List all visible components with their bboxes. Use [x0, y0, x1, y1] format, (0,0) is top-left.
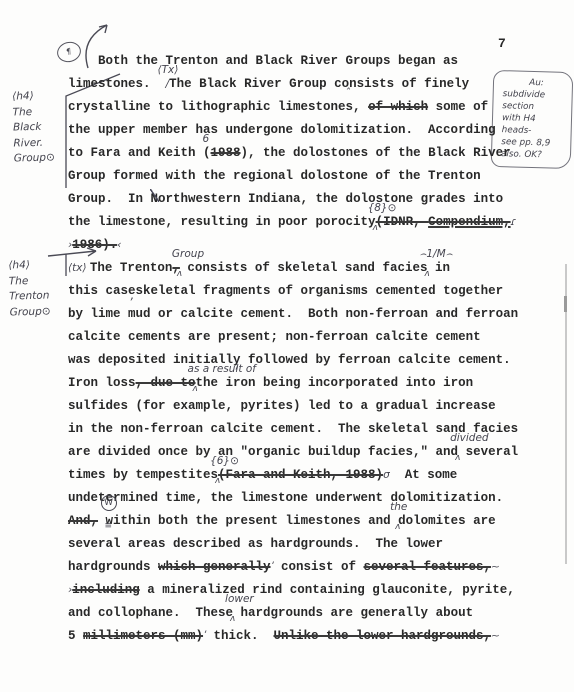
capitalize-underline-icon: ≡: [105, 522, 113, 530]
typed-text: At some: [390, 468, 458, 482]
scan-artifact: [564, 296, 567, 312]
handwritten-mark: ɾ: [511, 216, 517, 228]
typed-text: The Trenton: [90, 261, 173, 275]
caret-icon: ʌ: [424, 270, 429, 278]
typed-line: Group. In Northwestern Indiana, the dolo…: [68, 188, 556, 211]
struck-underlined-text: Compendium,: [428, 215, 511, 229]
typed-text: limestones.: [68, 77, 166, 91]
typed-line: ›1986).‹: [68, 234, 556, 257]
typed-line: are divided once by an "organic buildup …: [68, 441, 556, 464]
inserted-word: Group: [172, 249, 204, 259]
typed-text: thick.: [206, 629, 274, 643]
typed-text: Group. In: [68, 192, 151, 206]
inserted-comma: ,: [131, 290, 135, 301]
note-line: River.: [13, 135, 54, 152]
typed-line: calcite cements are present; non-ferroan…: [68, 326, 556, 349]
typed-text: to Fara and Keith (: [68, 146, 211, 160]
typed-text: ,: [353, 100, 368, 114]
page-number: 7: [498, 36, 506, 51]
typed-line: limestones. ⟨Tx⟩∕The Black River Group c…: [68, 73, 556, 96]
slashed-letter: N: [151, 188, 159, 211]
struck-text: Unlike the lower hardgrounds,: [274, 629, 492, 643]
inserted-word: 6: [203, 134, 210, 144]
inserted-word: {8}⊙: [368, 203, 397, 213]
typed-text: The Black River Group consists of finely: [169, 77, 469, 91]
caret-icon: ʌ: [455, 454, 460, 462]
manuscript-page: { "page": { "number": "7" }, "ink": { "t…: [0, 0, 574, 692]
typed-text: and collophane. These: [68, 606, 233, 620]
typed-text: several: [458, 445, 518, 459]
note-line: Group⊙: [9, 304, 50, 321]
h4-black-river-note: ⟨h4⟩TheBlackRiver.Group⊙: [12, 88, 55, 167]
caret-icon: ʌ: [395, 523, 400, 531]
typed-line: Iron loss, due toas a result ofʌthe iron…: [68, 372, 556, 395]
typed-text: the limestone, resulting in poor porocit…: [68, 215, 376, 229]
typed-line: by lime mud or calcite cement. Both non-…: [68, 303, 556, 326]
typed-text-block: Both the Trenton and Black River Groups …: [68, 50, 556, 648]
typed-text: calcite cements are present; non-ferroan…: [68, 330, 481, 344]
struck-text: 1986).: [72, 238, 117, 252]
handwritten-mark: ‹: [117, 239, 121, 251]
inserted-word: ˆ: [345, 88, 350, 98]
typed-line: and collophane. Theselowerʌ hardgrounds …: [68, 602, 556, 625]
typed-text: Iron loss: [68, 376, 136, 390]
note-line: Group⊙: [14, 150, 55, 167]
typed-line: this case,skeletal fragments of organism…: [68, 280, 556, 303]
caret-icon: ʌ: [373, 224, 378, 232]
struck-text: millimeters (mm): [83, 629, 203, 643]
note-line: The: [9, 273, 50, 290]
typed-line: times by tempestites{6}⊙ʌ(Fara and Keith…: [68, 464, 556, 487]
handwritten-mark: ∼: [491, 630, 500, 642]
note-line: ⟨h4⟩: [12, 88, 53, 105]
typed-line: undetermined time, the limestone underwe…: [68, 487, 556, 510]
typed-text: times by tempestites: [68, 468, 218, 482]
note-line: Trenton: [9, 288, 50, 305]
caret-icon: ʌ: [177, 270, 182, 278]
struck-text: 1988: [211, 146, 241, 160]
typed-text: consist of: [273, 560, 363, 574]
typed-line: the limestone, resulting in poor porocit…: [68, 211, 556, 234]
typed-line: hardgrounds which generallyʹ consist of …: [68, 556, 556, 579]
struck-text: , due to: [136, 376, 196, 390]
typed-text: several areas described as hardgrounds. …: [68, 537, 443, 551]
inserted-word: ⌢1/M⌢: [419, 249, 452, 259]
typed-text: Both the Trenton and Black River Groups …: [68, 54, 458, 68]
typed-text: crystalline to lithographic limestones: [68, 100, 353, 114]
typed-text: hardgrounds: [68, 560, 158, 574]
inserted-word: as a result of: [188, 364, 256, 374]
typed-text: dolomites are: [398, 514, 496, 528]
struck-text: (Fara and Keith, 1988): [218, 468, 383, 482]
struck-text: several features,: [364, 560, 492, 574]
typed-text: the iron being incorporated into iron: [196, 376, 474, 390]
typed-text: undetermined time, the limestone underwe…: [68, 491, 503, 505]
typed-text: by lime mud or calcite cement. Both non-…: [68, 307, 518, 321]
inserted-word: lower: [225, 594, 254, 604]
struck-text: which generally: [158, 560, 271, 574]
typed-line: to Fara and Keith (61988), the dolostone…: [68, 142, 556, 165]
typed-line: several areas described as hardgrounds. …: [68, 533, 556, 556]
typed-line: was deposited initially, followed by fer…: [68, 349, 556, 372]
typed-line: And, W≡within both the present limestone…: [68, 510, 556, 533]
typed-text: within both the present limestones and: [106, 514, 399, 528]
struck-text: And,: [68, 514, 98, 528]
inserted-word: the: [390, 502, 407, 512]
struck-text: of which: [368, 100, 428, 114]
typed-text: the upper member has undergone dolomitiz…: [68, 123, 496, 137]
typed-line: ⟨tx⟩ The Trenton,Groupʌ consists of skel…: [68, 257, 556, 280]
h4-trenton-note: ⟨h4⟩TheTrentonGroup⊙: [8, 257, 51, 320]
typed-line: the upper member has undergone dolomitiz…: [68, 119, 556, 142]
typed-text: 5: [68, 629, 83, 643]
caret-icon: ʌ: [230, 615, 235, 623]
inserted-word: ⟨Tx⟩: [158, 65, 179, 75]
inserted-word: {6}⊙: [210, 456, 239, 466]
note-line: ⟨h4⟩: [8, 257, 49, 274]
typed-text: orthwestern Indiana, the dolostone grade…: [158, 192, 503, 206]
caret-icon: ʌ: [215, 477, 220, 485]
typed-line: Group formed with the regional dolostone…: [68, 165, 556, 188]
circled-letter: W: [101, 495, 117, 511]
typed-text: ), the dolostones of the Black River: [241, 146, 511, 160]
typed-text: in: [427, 261, 450, 275]
handwritten-mark: σ: [383, 469, 390, 481]
typed-line: 5 millimeters (mm)ʹ thick. Unlike the lo…: [68, 625, 556, 648]
inserted-word: divided: [450, 433, 489, 443]
caret-icon: ʌ: [193, 385, 198, 393]
typed-line: ›including a mineralized rind containing…: [68, 579, 556, 602]
typed-text: skeletal fragments of organisms cemented…: [136, 284, 504, 298]
typed-line: sulfides (for example, pyrites) led to a…: [68, 395, 556, 418]
note-line: The: [12, 104, 53, 121]
typed-line: Both the Trenton and Black River Groups …: [68, 50, 556, 73]
typed-text: consists of skeletal sand facies: [180, 261, 428, 275]
typed-text: this case: [68, 284, 136, 298]
handwritten-mark: ⟨tx⟩: [68, 262, 90, 274]
typed-text: sulfides (for example, pyrites) led to a…: [68, 399, 496, 413]
typed-text: hardgrounds are generally about: [233, 606, 473, 620]
typed-text: some of: [428, 100, 488, 114]
note-line: Black: [13, 119, 54, 136]
typed-text: are divided once by an "organic buildup …: [68, 445, 458, 459]
typed-text: a mineralized rind containing glauconite…: [140, 583, 515, 597]
handwritten-mark: ∼: [491, 561, 500, 573]
typed-text: followed by ferroan calcite cement.: [241, 353, 511, 367]
typed-text: Group formed with the regional dolostone…: [68, 169, 481, 183]
struck-text: including: [72, 583, 140, 597]
struck-text: (IDNR,: [376, 215, 429, 229]
typed-line: crystalline to lithographic limestonesˆ,…: [68, 96, 556, 119]
